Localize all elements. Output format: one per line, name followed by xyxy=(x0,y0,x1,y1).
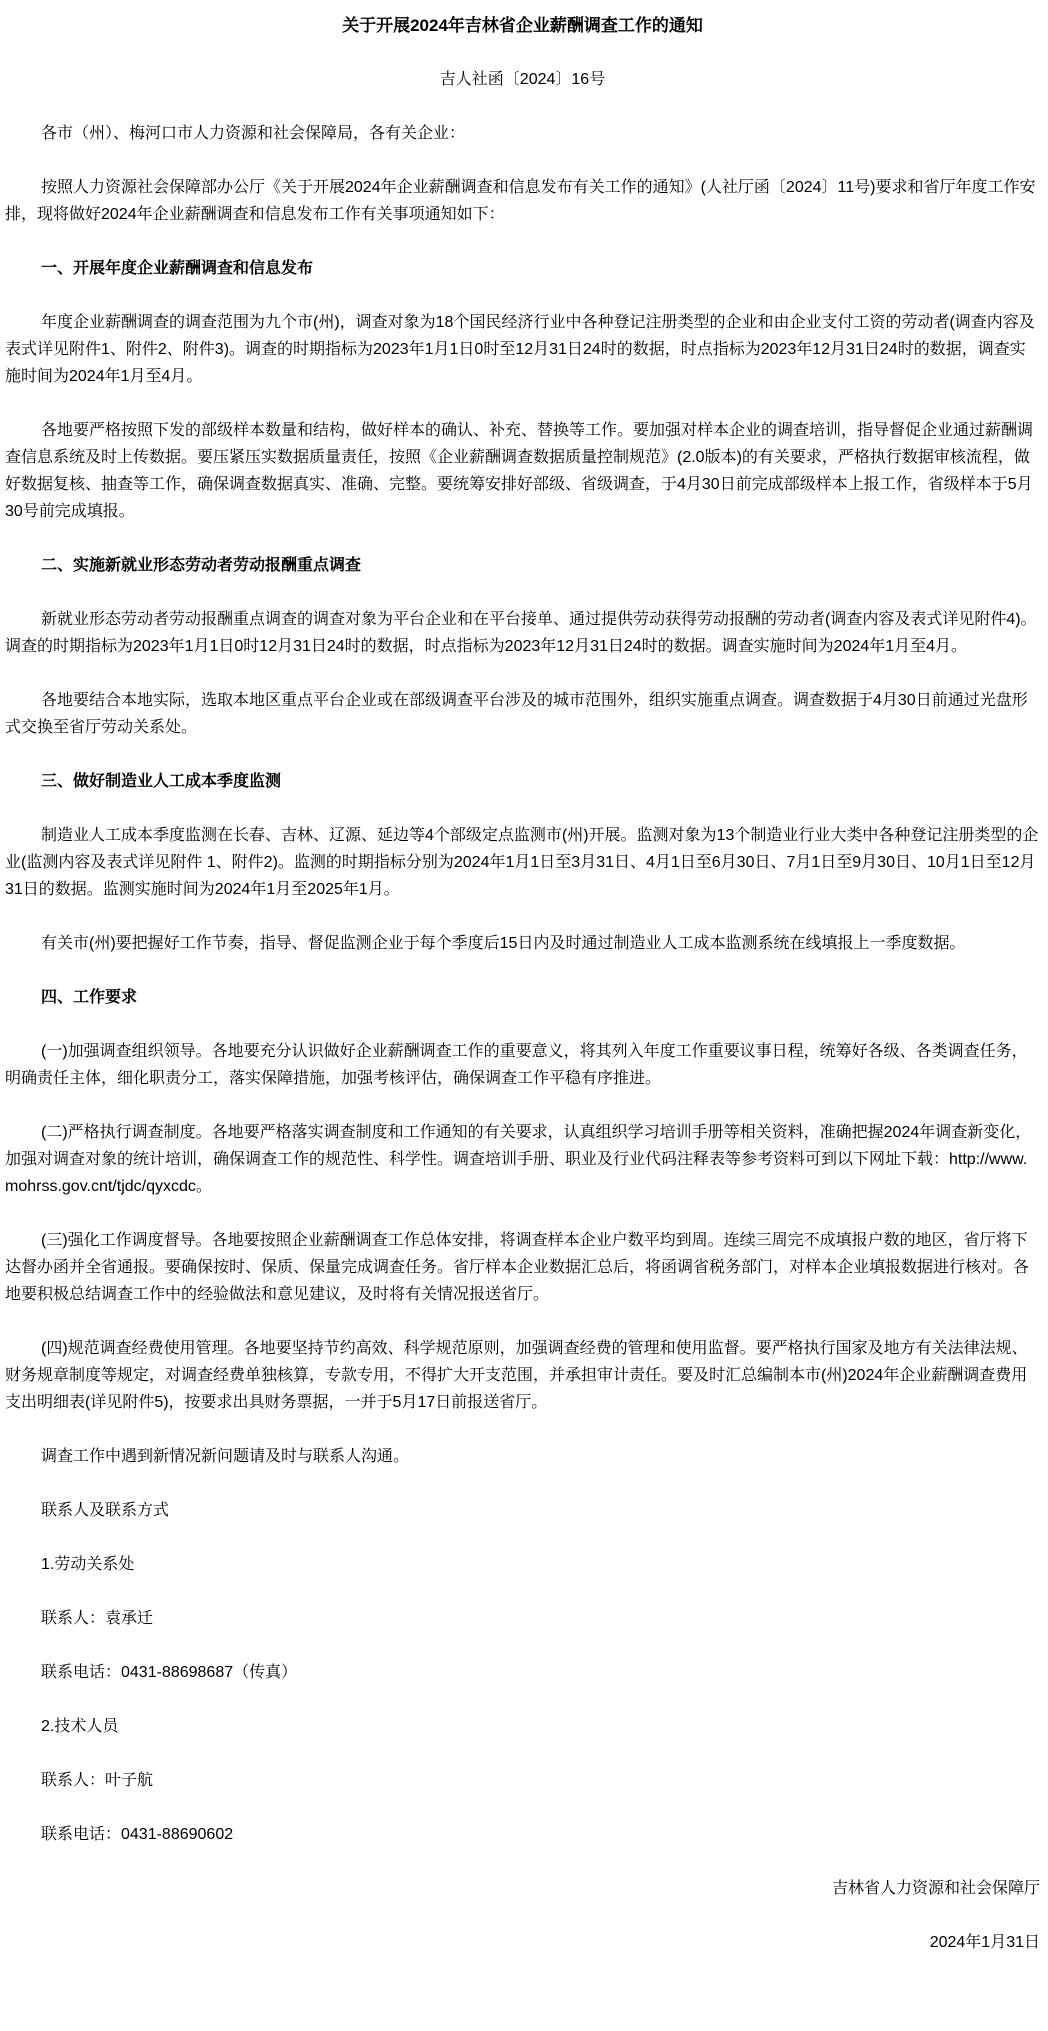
contact-2-phone: 联系电话：0431-88690602 xyxy=(5,1821,1040,1848)
intro-paragraph: 按照人力资源社会保障部办公厅《关于开展2024年企业薪酬调查和信息发布有关工作的… xyxy=(5,174,1040,228)
section-heading-3: 三、做好制造业人工成本季度监测 xyxy=(5,768,1040,795)
notice-document: 关于开展2024年吉林省企业薪酬调查工作的通知 吉人社函〔2024〕16号 各市… xyxy=(0,0,1048,1976)
section-2-paragraph-2: 各地要结合本地实际，选取本地区重点平台企业或在部级调查平台涉及的城市范围外，组织… xyxy=(5,687,1040,741)
section-3-paragraph-2: 有关市(州)要把握好工作节奏，指导、督促监测企业于每个季度后15日内及时通过制造… xyxy=(5,930,1040,957)
contact-2-dept: 2.技术人员 xyxy=(5,1713,1040,1740)
contact-2-person: 联系人：叶子航 xyxy=(5,1767,1040,1794)
contact-1-dept: 1.劳动关系处 xyxy=(5,1551,1040,1578)
section-4-paragraph-3: (三)强化工作调度督导。各地要按照企业薪酬调查工作总体安排，将调查样本企业户数平… xyxy=(5,1227,1040,1308)
section-heading-1: 一、开展年度企业薪酬调查和信息发布 xyxy=(5,255,1040,282)
section-1-paragraph-2: 各地要严格按照下发的部级样本数量和结构，做好样本的确认、补充、替换等工作。要加强… xyxy=(5,417,1040,525)
issue-date: 2024年1月31日 xyxy=(5,1929,1040,1956)
section-4-paragraph-2: (二)严格执行调查制度。各地要严格落实调查制度和工作通知的有关要求，认真组织学习… xyxy=(5,1119,1040,1200)
document-number: 吉人社函〔2024〕16号 xyxy=(5,66,1040,93)
section-2-paragraph-1: 新就业形态劳动者劳动报酬重点调查的调查对象为平台企业和在平台接单、通过提供劳动获… xyxy=(5,606,1040,660)
issuer-signature: 吉林省人力资源和社会保障厅 xyxy=(5,1875,1040,1902)
contacts-heading: 联系人及联系方式 xyxy=(5,1497,1040,1524)
document-title: 关于开展2024年吉林省企业薪酬调查工作的通知 xyxy=(5,12,1040,39)
section-1-paragraph-1: 年度企业薪酬调查的调查范围为九个市(州)，调查对象为18个国民经济行业中各种登记… xyxy=(5,309,1040,390)
section-heading-4: 四、工作要求 xyxy=(5,984,1040,1011)
salutation: 各市（州）、梅河口市人力资源和社会保障局，各有关企业： xyxy=(5,120,1040,147)
section-heading-2: 二、实施新就业形态劳动者劳动报酬重点调查 xyxy=(5,552,1040,579)
section-3-paragraph-1: 制造业人工成本季度监测在长春、吉林、辽源、延边等4个部级定点监测市(州)开展。监… xyxy=(5,822,1040,903)
section-4-paragraph-4: (四)规范调查经费使用管理。各地要坚持节约高效、科学规范原则，加强调查经费的管理… xyxy=(5,1335,1040,1416)
contact-1-phone: 联系电话：0431-88698687（传真） xyxy=(5,1659,1040,1686)
closing-note: 调查工作中遇到新情况新问题请及时与联系人沟通。 xyxy=(5,1443,1040,1470)
section-4-paragraph-1: (一)加强调查组织领导。各地要充分认识做好企业薪酬调查工作的重要意义，将其列入年… xyxy=(5,1038,1040,1092)
contact-1-person: 联系人：袁承迁 xyxy=(5,1605,1040,1632)
